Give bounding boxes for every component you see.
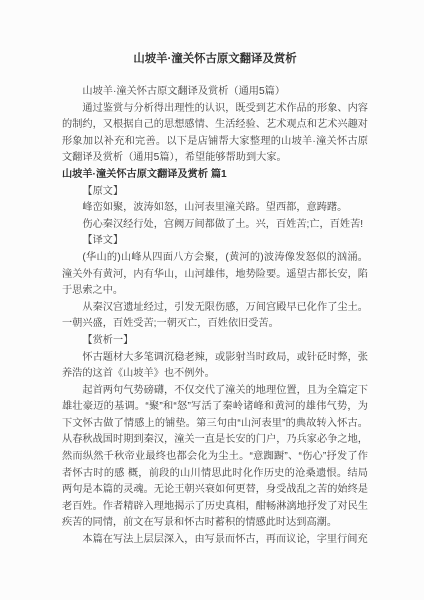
document-page: 山坡羊·潼关怀古原文翻译及赏析 山坡羊·潼关怀古原文翻译及赏析（通用5篇）通过鉴… [0, 0, 424, 600]
document-title: 山坡羊·潼关怀古原文翻译及赏析 [62, 51, 368, 68]
document-paragraph: 峰峦如聚，波涛如怒，山河表里潼关路。望西都，意踌躇。 [62, 200, 368, 217]
document-paragraph: 怀古题材大多笔调沉稳老辣，或影射当时政局，或针砭时弊，张养浩的这首《山坡羊》也不… [62, 350, 368, 383]
document-paragraph: 【赏析一】 [62, 333, 368, 350]
document-paragraph: 本篇在写法上层层深入，由写景而怀古，再而议论，字里行间充 [62, 532, 368, 549]
document-paragraph: 从秦汉宫遗址经过，引发无限伤感，万间宫殿早已化作了尘土。一朝兴盛，百姓受苦;一朝… [62, 300, 368, 333]
document-paragraph: 山坡羊·潼关怀古原文翻译及赏析（通用5篇） [62, 84, 368, 101]
section-heading: 山坡羊·潼关怀古原文翻译及赏析 篇1 [62, 167, 368, 184]
document-content: 山坡羊·潼关怀古原文翻译及赏析 山坡羊·潼关怀古原文翻译及赏析（通用5篇）通过鉴… [62, 51, 368, 549]
document-paragraph: 【译文】 [62, 233, 368, 250]
document-paragraph: (华山的)山峰从四面八方会聚，(黄河的)波涛像发怒似的汹涌。潼关外有黄河，内有华… [62, 250, 368, 300]
document-paragraph: 通过鉴赏与分析得出理性的认识，既受到艺术作品的形象、内容的制约，又根据自己的思想… [62, 101, 368, 167]
document-paragraph: 【原文】 [62, 184, 368, 201]
document-paragraph: 伤心秦汉经行处，宫阙万间都做了土。兴，百姓苦;亡，百姓苦! [62, 217, 368, 234]
document-paragraph: 起首两句气势磅礴，不仅交代了潼关的地理位置，且为全篇定下雄壮豪迈的基调。“聚”和… [62, 383, 368, 532]
paragraph-list: 山坡羊·潼关怀古原文翻译及赏析（通用5篇）通过鉴赏与分析得出理性的认识，既受到艺… [62, 84, 368, 549]
